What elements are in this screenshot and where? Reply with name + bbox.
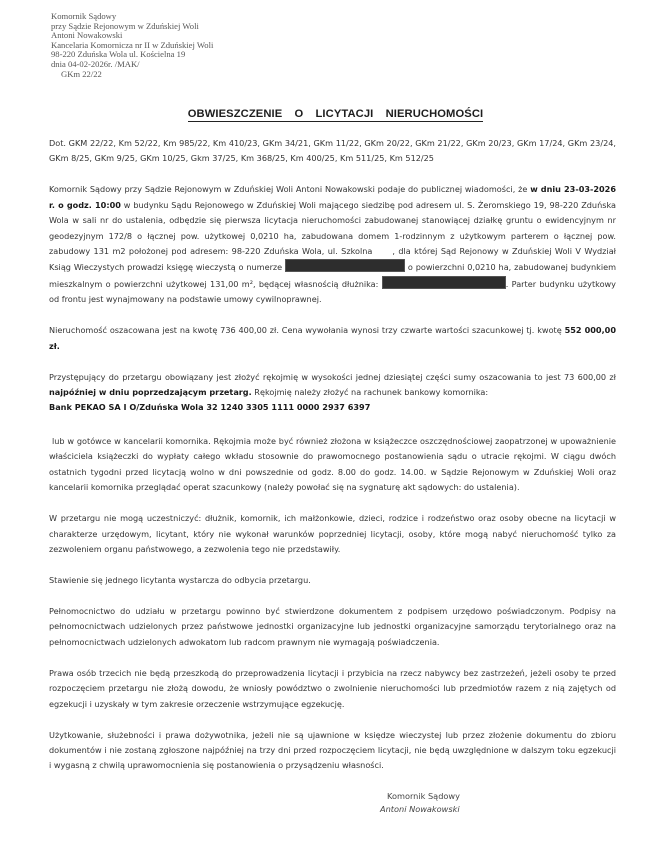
single-bidder-paragraph: Stawienie się jednego licytanta wystarcz… xyxy=(49,573,616,588)
signature-block: Komornik Sądowy Antoni Nowakowski xyxy=(380,790,460,816)
redacted-debtor-name xyxy=(382,276,506,289)
valuation-text: Nieruchomość oszacowana jest na kwotę 73… xyxy=(49,325,565,335)
signature-role: Komornik Sądowy xyxy=(380,790,460,803)
proxy-paragraph: Pełnomocnictwo do udziału w przetargu po… xyxy=(49,604,616,650)
redacted-land-register-number xyxy=(285,259,405,272)
deposit-account-intro: Rękojmię należy złożyć na rachunek banko… xyxy=(252,387,488,397)
excluded-participants-paragraph: W przetargu nie mogą uczestniczyć: dłużn… xyxy=(49,511,616,557)
valuation-paragraph: Nieruchomość oszacowana jest na kwotę 73… xyxy=(49,323,616,354)
deposit-deadline: najpóźniej w dniu poprzedzającym przetar… xyxy=(49,387,252,397)
deposit-text: Przystępujący do przetargu obowiązany je… xyxy=(49,372,616,382)
cash-deposit-paragraph: lub w gotówce w kancelarii komornika. Rę… xyxy=(49,434,616,496)
bank-account: Bank PEKAO SA I O/Zduńska Wola 32 1240 3… xyxy=(49,402,370,412)
case-references: Dot. GKM 22/22, Km 52/22, Km 985/22, Km … xyxy=(49,136,616,167)
auction-announcement: Komornik Sądowy przy Sądzie Rejonowym w … xyxy=(49,182,616,307)
deposit-paragraph: Przystępujący do przetargu obowiązany je… xyxy=(49,370,616,416)
document-body: Dot. GKM 22/22, Km 52/22, Km 985/22, Km … xyxy=(49,136,616,789)
third-party-rights-paragraph: Prawa osób trzecich nie będą przeszkodą … xyxy=(49,666,616,712)
signature-name: Antoni Nowakowski xyxy=(380,803,460,816)
announce-intro: Komornik Sądowy przy Sądzie Rejonowym w … xyxy=(49,184,530,194)
document-title-text: OBWIESZCZENIE O LICYTACJI NIERUCHOMOŚCI xyxy=(188,108,483,122)
usufruct-paragraph: Użytkowanie, służebności i prawa dożywot… xyxy=(49,728,616,774)
bailiff-header: Komornik Sądowy przy Sądzie Rejonowym w … xyxy=(51,12,213,79)
document-title: OBWIESZCZENIE O LICYTACJI NIERUCHOMOŚCI xyxy=(0,108,671,120)
header-line-case-number: GKm 22/22 xyxy=(51,70,213,80)
